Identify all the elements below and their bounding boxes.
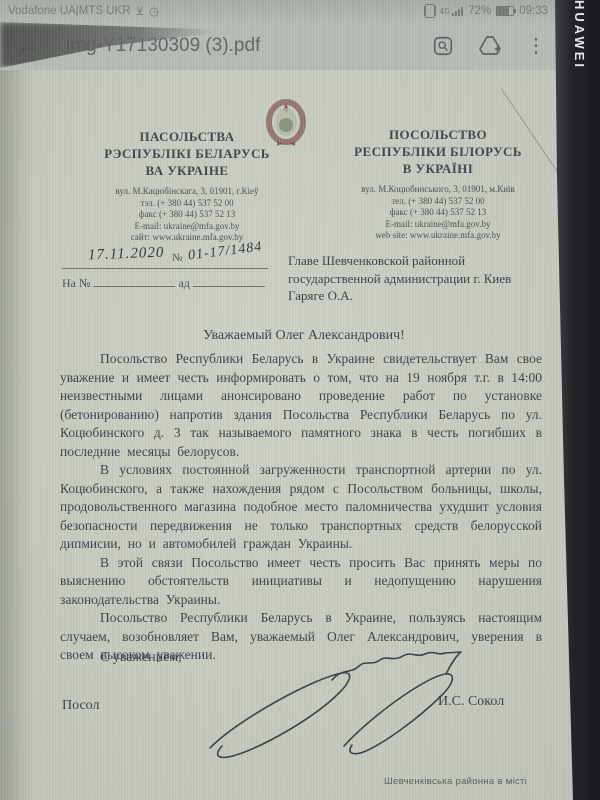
letter-body: Посольство Республики Беларусь в Украине… — [60, 350, 542, 665]
signature — [192, 648, 512, 768]
photo-edge-shadow — [0, 68, 34, 800]
contact-block-belarusian: вул. М.Кацюбінскага, 3, 01901, г.Кіеў тэ… — [58, 186, 316, 244]
address-line: тэл. (+ 380 44) 537 52 00 — [58, 198, 316, 210]
find-in-page-icon[interactable] — [432, 35, 454, 57]
number-sign-label: № — [172, 252, 183, 264]
status-bar: Vodafone UA|MTS UKR ⊻ ◷ 4G 72% 09:33 — [0, 0, 600, 22]
clock-label: 09:33 — [519, 5, 548, 17]
address-line: тел. (+ 380 44) 537 52 00 — [324, 196, 552, 208]
alarm-clock-icon: ◷ — [149, 4, 159, 18]
phone-brand-label: HUAWEI — [572, 0, 587, 70]
from-label: ад — [178, 276, 189, 290]
network-arrow-icon: ⊻ — [136, 4, 144, 18]
phone-screen: Vodafone UA|MTS UKR ⊻ ◷ 4G 72% 09:33 ← i… — [0, 0, 600, 800]
letterhead-line: В УКРАЇНІ — [324, 160, 552, 177]
closing-phrase: С уважением, — [100, 650, 182, 666]
paragraph: Посольство Республики Беларусь в Украине… — [60, 350, 542, 461]
address-line: вул. М.Кацюбінскага, 3, 01901, г.Кіеў — [58, 186, 316, 198]
addressee-block: Главе Шевченковской районной государстве… — [288, 252, 554, 305]
signal-bars-icon — [452, 7, 463, 16]
letterhead-line: РЕСПУБЛІКИ БІЛОРУСЬ — [324, 143, 552, 160]
letterhead-line: РЭСПУБЛІКІ БЕЛАРУСЬ — [58, 145, 316, 162]
paragraph: В условиях постоянной загруженности тран… — [60, 461, 542, 554]
letterhead-title-ukrainian: ПОСОЛЬСТВО РЕСПУБЛІКИ БІЛОРУСЬ В УКРАЇНІ — [324, 126, 552, 177]
reply-label: На № — [62, 276, 90, 290]
address-line: E-mail: ukraine@mfa.gov.by — [58, 221, 316, 233]
signer-title: Посол — [62, 698, 99, 714]
reference-underline — [62, 268, 268, 269]
battery-percent-label: 72% — [468, 5, 491, 17]
stamp-text: Шевченківська районна в місті — [384, 776, 527, 787]
addressee-line: Главе Шевченковской районной — [288, 252, 554, 270]
blank-line — [93, 274, 175, 287]
carrier-label: Vodafone UA|MTS UKR — [8, 5, 131, 17]
letterhead-title-belarusian: ПАСОЛЬСТВА РЭСПУБЛІКІ БЕЛАРУСЬ ВА УКРАІН… — [58, 128, 316, 179]
letterhead-line: ПАСОЛЬСТВА — [58, 128, 316, 145]
blank-line — [193, 274, 265, 287]
addressee-line: государственной администрации г. Киев — [288, 270, 554, 288]
vibrate-icon — [425, 4, 435, 18]
pdf-page[interactable]: ПАСОЛЬСТВА РЭСПУБЛІКІ БЕЛАРУСЬ ВА УКРАІН… — [0, 70, 600, 800]
add-to-drive-icon[interactable] — [478, 35, 502, 57]
contact-block-ukrainian: вул. М.Коцюбинського, 3, 01901, м.Київ т… — [324, 184, 552, 242]
network-type-label: 4G — [440, 7, 451, 16]
handwritten-date: 17.11.2020 — [88, 245, 165, 265]
address-line: факс (+ 380 44) 537 52 13 — [58, 209, 316, 221]
address-line: E-mail: ukraine@mfa.gov.by — [324, 219, 552, 231]
address-line: факс (+ 380 44) 537 52 13 — [324, 207, 552, 219]
salutation: Уважаемый Олег Александрович! — [58, 328, 550, 344]
letterhead-line: ВА УКРАІНЕ — [58, 162, 316, 179]
letterhead-line: ПОСОЛЬСТВО — [324, 126, 552, 143]
paragraph: В этой связи Посольство имеет честь прос… — [60, 554, 542, 610]
overflow-menu-icon[interactable]: ⋮ — [526, 36, 546, 56]
reply-reference-row: На № ад — [62, 274, 274, 291]
addressee-line: Гаряге О.А. — [288, 287, 554, 305]
address-line: web site: www.ukraine.mfa.gov.by — [324, 230, 552, 242]
address-line: сайт: www.ukraine.mfa.gov.by — [58, 232, 316, 244]
battery-icon — [496, 6, 514, 16]
address-line: вул. М.Коцюбинського, 3, 01901, м.Київ — [324, 184, 552, 196]
